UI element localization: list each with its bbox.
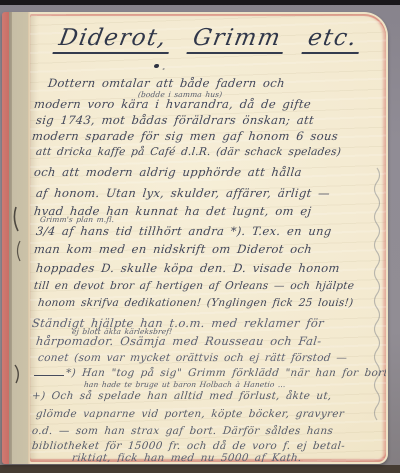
- manuscript-line: af honom. Utan lyx, skulder, affärer, är…: [35, 186, 331, 200]
- footnote-line: glömde vapnarne vid porten, köpte böcker…: [35, 408, 344, 420]
- footnote-line: o.d. — som han strax gaf bort. Därför så…: [31, 425, 333, 437]
- footnote-line: +) Och så spelade han alltid med förlust…: [31, 390, 332, 402]
- footnote-divider-rule: [34, 375, 64, 376]
- manuscript-line: Dottern omtalar att både fadern och: [47, 76, 285, 90]
- vertical-margin-note-squiggle: [371, 164, 383, 434]
- manuscript-line: conet (som var mycket orättvis och ej rä…: [37, 352, 347, 364]
- manuscript-line: 3/4 af hans tid tillhört andra *). T.ex.…: [35, 224, 332, 238]
- title-word-grimm: Grimm: [187, 25, 288, 54]
- manuscript-line: hårpomador. Osämja med Rousseau och Fal-: [35, 334, 322, 348]
- footnote-line: bibliotheket för 15000 fr. och då de vor…: [31, 440, 345, 452]
- manuscript-line: modern sparade för sig men gaf honom 6 s…: [31, 129, 339, 143]
- manuscript-line: honom skrifva dedikationen! (Ynglingen f…: [37, 297, 354, 309]
- manuscript-line: man kom med en nidskrift om Diderot och: [33, 242, 313, 256]
- bottom-dark-band: [0, 465, 400, 473]
- ink-blot: [154, 64, 159, 68]
- interlinear-note-grimms-plan: Grimm's plan m.fl.: [40, 215, 115, 224]
- manuscript-line: till en devot bror af hertigen af Orlean…: [33, 280, 354, 292]
- footnote-line: *) Han "tog på sig" Grimm förklädd "när …: [65, 367, 386, 379]
- sheet-edge-ink-marks: [12, 197, 26, 387]
- manuscript-line: och att modern aldrig upphörde att hålla: [33, 165, 302, 179]
- title-word-etc: etc.: [302, 25, 364, 54]
- title-word-diderot: Diderot,: [52, 25, 173, 54]
- manuscript-page: Diderot, Grimm etc. Dottern omtalar att …: [30, 14, 386, 462]
- top-black-band: [0, 0, 400, 5]
- notebook: Diderot, Grimm etc. Dottern omtalar att …: [2, 12, 388, 464]
- page-title: Diderot, Grimm etc.: [30, 25, 386, 54]
- manuscript-line: modern voro kära i hvarandra, då de gift…: [33, 97, 312, 111]
- manuscript-line: hoppades D. skulle köpa den. D. visade h…: [35, 261, 340, 275]
- photo-backdrop: Diderot, Grimm etc. Dottern omtalar att …: [0, 0, 400, 473]
- footnote-line: riktigt, fick han med nu 5000 af Kath.: [71, 452, 302, 462]
- manuscript-line: sig 1743, mot bådas föräldrars önskan; a…: [35, 113, 315, 127]
- manuscript-line: att dricka kaffe på Café d.l.R. (där sch…: [35, 146, 341, 158]
- footnote-small-line: han hade te bruge ut baron Holbach à Han…: [84, 380, 287, 389]
